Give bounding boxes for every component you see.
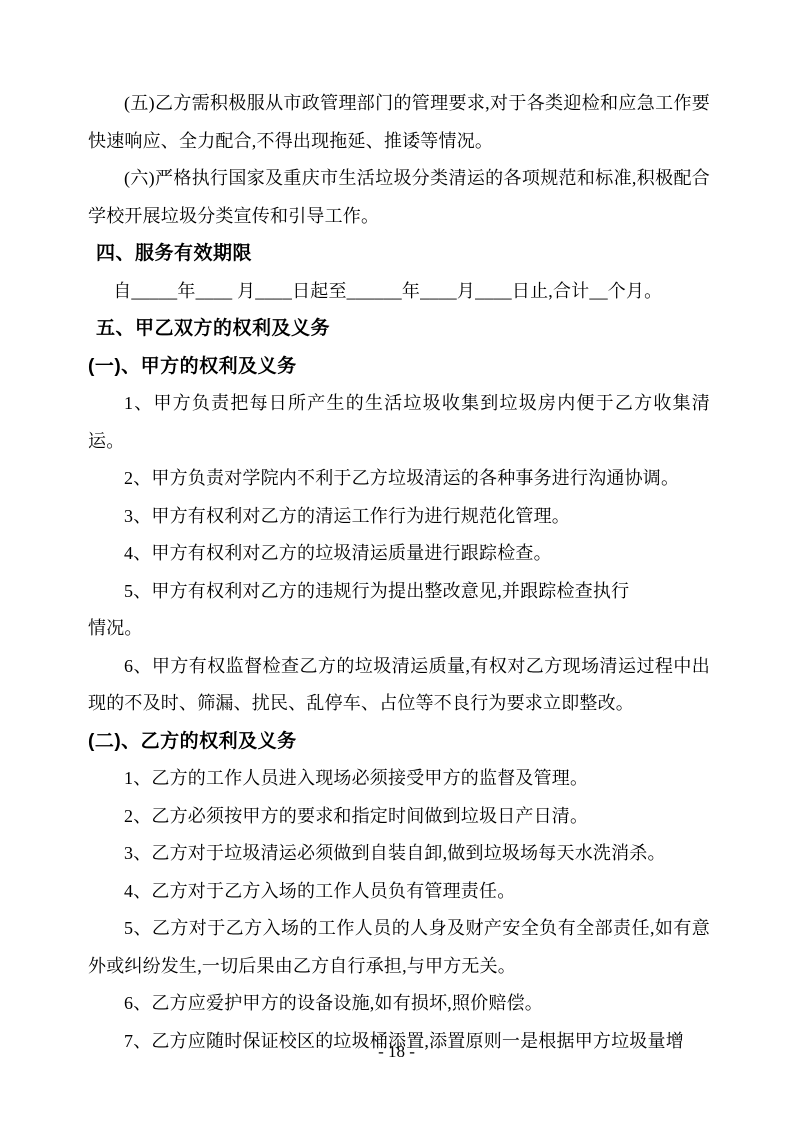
party-a-item-2: 2、甲方负责对学院内不利于乙方垃圾清运的各种事务进行沟通协调。 bbox=[88, 460, 710, 498]
party-a-item-1: 1、甲方负责把每日所产生的生活垃圾收集到垃圾房内便于乙方收集清运。 bbox=[88, 385, 710, 460]
clause-5-municipal-compliance: (五)乙方需积极服从市政管理部门的管理要求,对于各类迎检和应急工作要快速响应、全… bbox=[88, 85, 710, 160]
heading-party-b-rights: (二)、乙方的权利及义务 bbox=[88, 723, 710, 761]
party-a-item-5: 5、甲方有权利对乙方的违规行为提出整改意见,并跟踪检查执行 情况。 bbox=[88, 573, 710, 648]
party-b-item-3: 3、乙方对于垃圾清运必须做到自装自卸,做到垃圾场每天水洗消杀。 bbox=[88, 835, 710, 873]
party-b-item-6: 6、乙方应爱护甲方的设备设施,如有损坏,照价赔偿。 bbox=[88, 985, 710, 1023]
heading-section-4-service-term: 四、服务有效期限 bbox=[88, 235, 710, 273]
party-b-item-4: 4、乙方对于乙方入场的工作人员负有管理责任。 bbox=[88, 873, 710, 911]
party-b-item-1: 1、乙方的工作人员进入现场必须接受甲方的监督及管理。 bbox=[88, 760, 710, 798]
page-number: - 18 - bbox=[0, 1042, 793, 1062]
service-term-blank-line: 自_____年____ 月____日起至______年____月____日止,合… bbox=[88, 273, 710, 311]
document-body: (五)乙方需积极服从市政管理部门的管理要求,对于各类迎检和应急工作要快速响应、全… bbox=[88, 85, 710, 1060]
clause-6-sorting-standards: (六)严格执行国家及重庆市生活垃圾分类清运的各项规范和标准,积极配合学校开展垃圾… bbox=[88, 160, 710, 235]
party-b-item-2: 2、乙方必须按甲方的要求和指定时间做到垃圾日产日清。 bbox=[88, 798, 710, 836]
party-b-item-5: 5、乙方对于乙方入场的工作人员的人身及财产安全负有全部责任,如有意外或纠纷发生,… bbox=[88, 910, 710, 985]
document-page: (五)乙方需积极服从市政管理部门的管理要求,对于各类迎检和应急工作要快速响应、全… bbox=[0, 0, 793, 1122]
heading-party-a-rights: (一)、甲方的权利及义务 bbox=[88, 348, 710, 386]
party-a-item-4: 4、甲方有权利对乙方的垃圾清运质量进行跟踪检查。 bbox=[88, 535, 710, 573]
party-a-item-3: 3、甲方有权利对乙方的清运工作行为进行规范化管理。 bbox=[88, 498, 710, 536]
heading-section-5-rights-obligations: 五、甲乙双方的权利及义务 bbox=[88, 310, 710, 348]
party-a-item-6: 6、甲方有权监督检查乙方的垃圾清运质量,有权对乙方现场清运过程中出现的不及时、筛… bbox=[88, 648, 710, 723]
